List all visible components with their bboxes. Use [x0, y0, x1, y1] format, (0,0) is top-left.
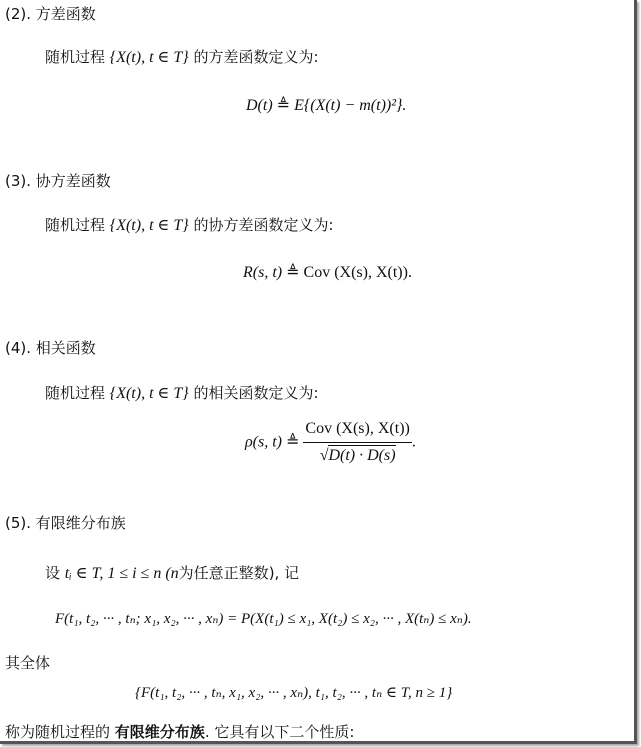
- closing-prefix: 称为随机过程的: [5, 723, 110, 741]
- intro-suffix: 的相关函数定义为:: [193, 384, 318, 402]
- variance-intro: 随机过程 {X(t), t ∈ T} 的方差函数定义为:: [45, 47, 319, 68]
- intro-math: tᵢ ∈ T, 1 ≤ i ≤ n (n: [65, 565, 179, 582]
- intro-suffix: 的协方差函数定义为:: [193, 216, 333, 234]
- defined-as-symbol: ≜: [286, 434, 299, 451]
- intro-suffix: ), 记: [269, 564, 299, 582]
- set-formula: {F(t₁, t₂, ··· , tₙ, x₁, x₂, ··· , xₙ), …: [135, 683, 452, 703]
- whole-label: 其全体: [5, 653, 50, 673]
- intro-suffix: 的方差函数定义为:: [193, 48, 318, 66]
- defined-as-symbol: ≜: [277, 97, 290, 114]
- intro-cjk: 为任意正整数: [179, 564, 269, 582]
- formula-lhs: ρ(s, t): [245, 434, 282, 451]
- defined-as-symbol: ≜: [286, 264, 299, 281]
- closing-sentence: 称为随机过程的 有限维分布族. 它具有以下二个性质:: [5, 722, 354, 742]
- sqrt-radicand: D(t) · D(s): [328, 445, 395, 464]
- finite-dim-intro: 设 tᵢ ∈ T, 1 ≤ i ≤ n (n为任意正整数), 记: [45, 563, 299, 584]
- fraction-denominator: √D(t) · D(s): [303, 443, 411, 467]
- formula-rhs: E{(X(t) − m(t))²}.: [294, 97, 406, 114]
- process-set: {X(t), t ∈ T}: [110, 49, 189, 66]
- formula-rhs: Cov (X(s), X(t)).: [304, 264, 412, 281]
- variance-formula: D(t) ≜ E{(X(t) − m(t))²}.: [246, 96, 406, 116]
- closing-suffix: . 它具有以下二个性质:: [205, 723, 355, 741]
- process-set: {X(t), t ∈ T}: [110, 385, 189, 402]
- intro-prefix: 随机过程: [45, 384, 105, 402]
- correlation-fraction: Cov (X(s), X(t)) √D(t) · D(s): [303, 418, 411, 467]
- covariance-formula: R(s, t) ≜ Cov (X(s), X(t)).: [243, 263, 412, 283]
- section-heading-finite-dim: (5). 有限维分布族: [5, 513, 126, 533]
- correlation-formula: ρ(s, t) ≜ Cov (X(s), X(t)) √D(t) · D(s) …: [245, 418, 416, 467]
- formula-lhs: R(s, t): [243, 264, 282, 281]
- formula-end: .: [412, 434, 416, 451]
- process-set: {X(t), t ∈ T}: [110, 217, 189, 234]
- section-heading-variance: (2). 方差函数: [5, 4, 96, 24]
- intro-prefix: 随机过程: [45, 48, 105, 66]
- intro-prefix: 随机过程: [45, 216, 105, 234]
- section-heading-correlation: (4). 相关函数: [5, 338, 96, 358]
- document-page: (2). 方差函数 随机过程 {X(t), t ∈ T} 的方差函数定义为: D…: [0, 0, 637, 744]
- formula-lhs: D(t): [246, 97, 273, 114]
- distribution-function-formula: F(t₁, t₂, ··· , tₙ; x₁, x₂, ··· , xₙ) = …: [55, 609, 472, 629]
- fraction-numerator: Cov (X(s), X(t)): [303, 418, 411, 443]
- correlation-intro: 随机过程 {X(t), t ∈ T} 的相关函数定义为:: [45, 383, 319, 404]
- section-heading-covariance: (3). 协方差函数: [5, 171, 111, 191]
- intro-prefix: 设: [45, 564, 60, 582]
- closing-term: 有限维分布族: [115, 723, 205, 741]
- covariance-intro: 随机过程 {X(t), t ∈ T} 的协方差函数定义为:: [45, 215, 334, 236]
